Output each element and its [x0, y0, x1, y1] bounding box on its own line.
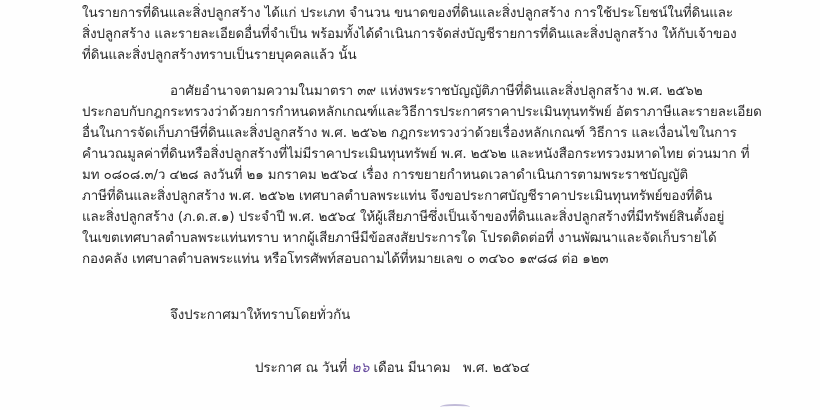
- paragraph-2-line-2: ประกอบกับกฎกระทรวงว่าด้วยการกำหนดหลักเกณ…: [82, 103, 762, 123]
- paragraph-2-line-5: มท ๐๘๐๘.๓/ว ๔๒๘ ลงวันที่ ๒๑ มกราคม ๒๕๖๔ …: [82, 166, 688, 186]
- paragraph-2-line-3: อื่นในการจัดเก็บภาษีที่ดินและสิ่งปลูกสร้…: [82, 124, 737, 144]
- paragraph-2-line-4: คำนวณมูลค่าที่ดินหรือสิ่งปลูกสร้างที่ไม่…: [82, 145, 749, 165]
- handwritten-day: ๒๖: [351, 360, 369, 376]
- date-prefix: ประกาศ ณ วันที่: [255, 361, 347, 376]
- signature-mark: [440, 404, 470, 410]
- document-page: ในรายการที่ดินและสิ่งปลูกสร้าง ได้แก่ ปร…: [0, 0, 820, 410]
- paragraph-2-line-6: ภาษีที่ดินและสิ่งปลูกสร้าง พ.ศ. ๒๕๖๒ เทศ…: [82, 187, 712, 207]
- paragraph-2-line-8: ในเขตเทศบาลตำบลพระแท่นทราบ หากผู้เสียภาษ…: [82, 229, 717, 249]
- closing-statement: จึงประกาศมาให้ทราบโดยทั่วกัน: [170, 306, 350, 326]
- paragraph-1-line-2: สิ่งปลูกสร้าง และรายละเอียดอื่นที่จำเป็น…: [82, 25, 737, 45]
- paragraph-2-line-1: อาศัยอำนาจตามความในมาตรา ๓๙ แห่งพระราชบั…: [170, 82, 703, 102]
- date-month: เดือน มีนาคม: [374, 361, 451, 376]
- paragraph-1-line-1: ในรายการที่ดินและสิ่งปลูกสร้าง ได้แก่ ปร…: [82, 4, 733, 24]
- paragraph-1-line-3: ที่ดินและสิ่งปลูกสร้างทราบเป็นรายบุคคลแล…: [82, 46, 357, 66]
- paragraph-2-line-7: และสิ่งปลูกสร้าง (ภ.ด.ส.๑) ประจำปี พ.ศ. …: [82, 208, 724, 228]
- date-year: พ.ศ. ๒๕๖๔: [463, 361, 530, 376]
- date-line: ประกาศ ณ วันที่ ๒๖ เดือน มีนาคม พ.ศ. ๒๕๖…: [255, 358, 530, 379]
- paragraph-2-line-9: กองคลัง เทศบาลตำบลพระแท่น หรือโทรศัพท์สอ…: [82, 250, 609, 270]
